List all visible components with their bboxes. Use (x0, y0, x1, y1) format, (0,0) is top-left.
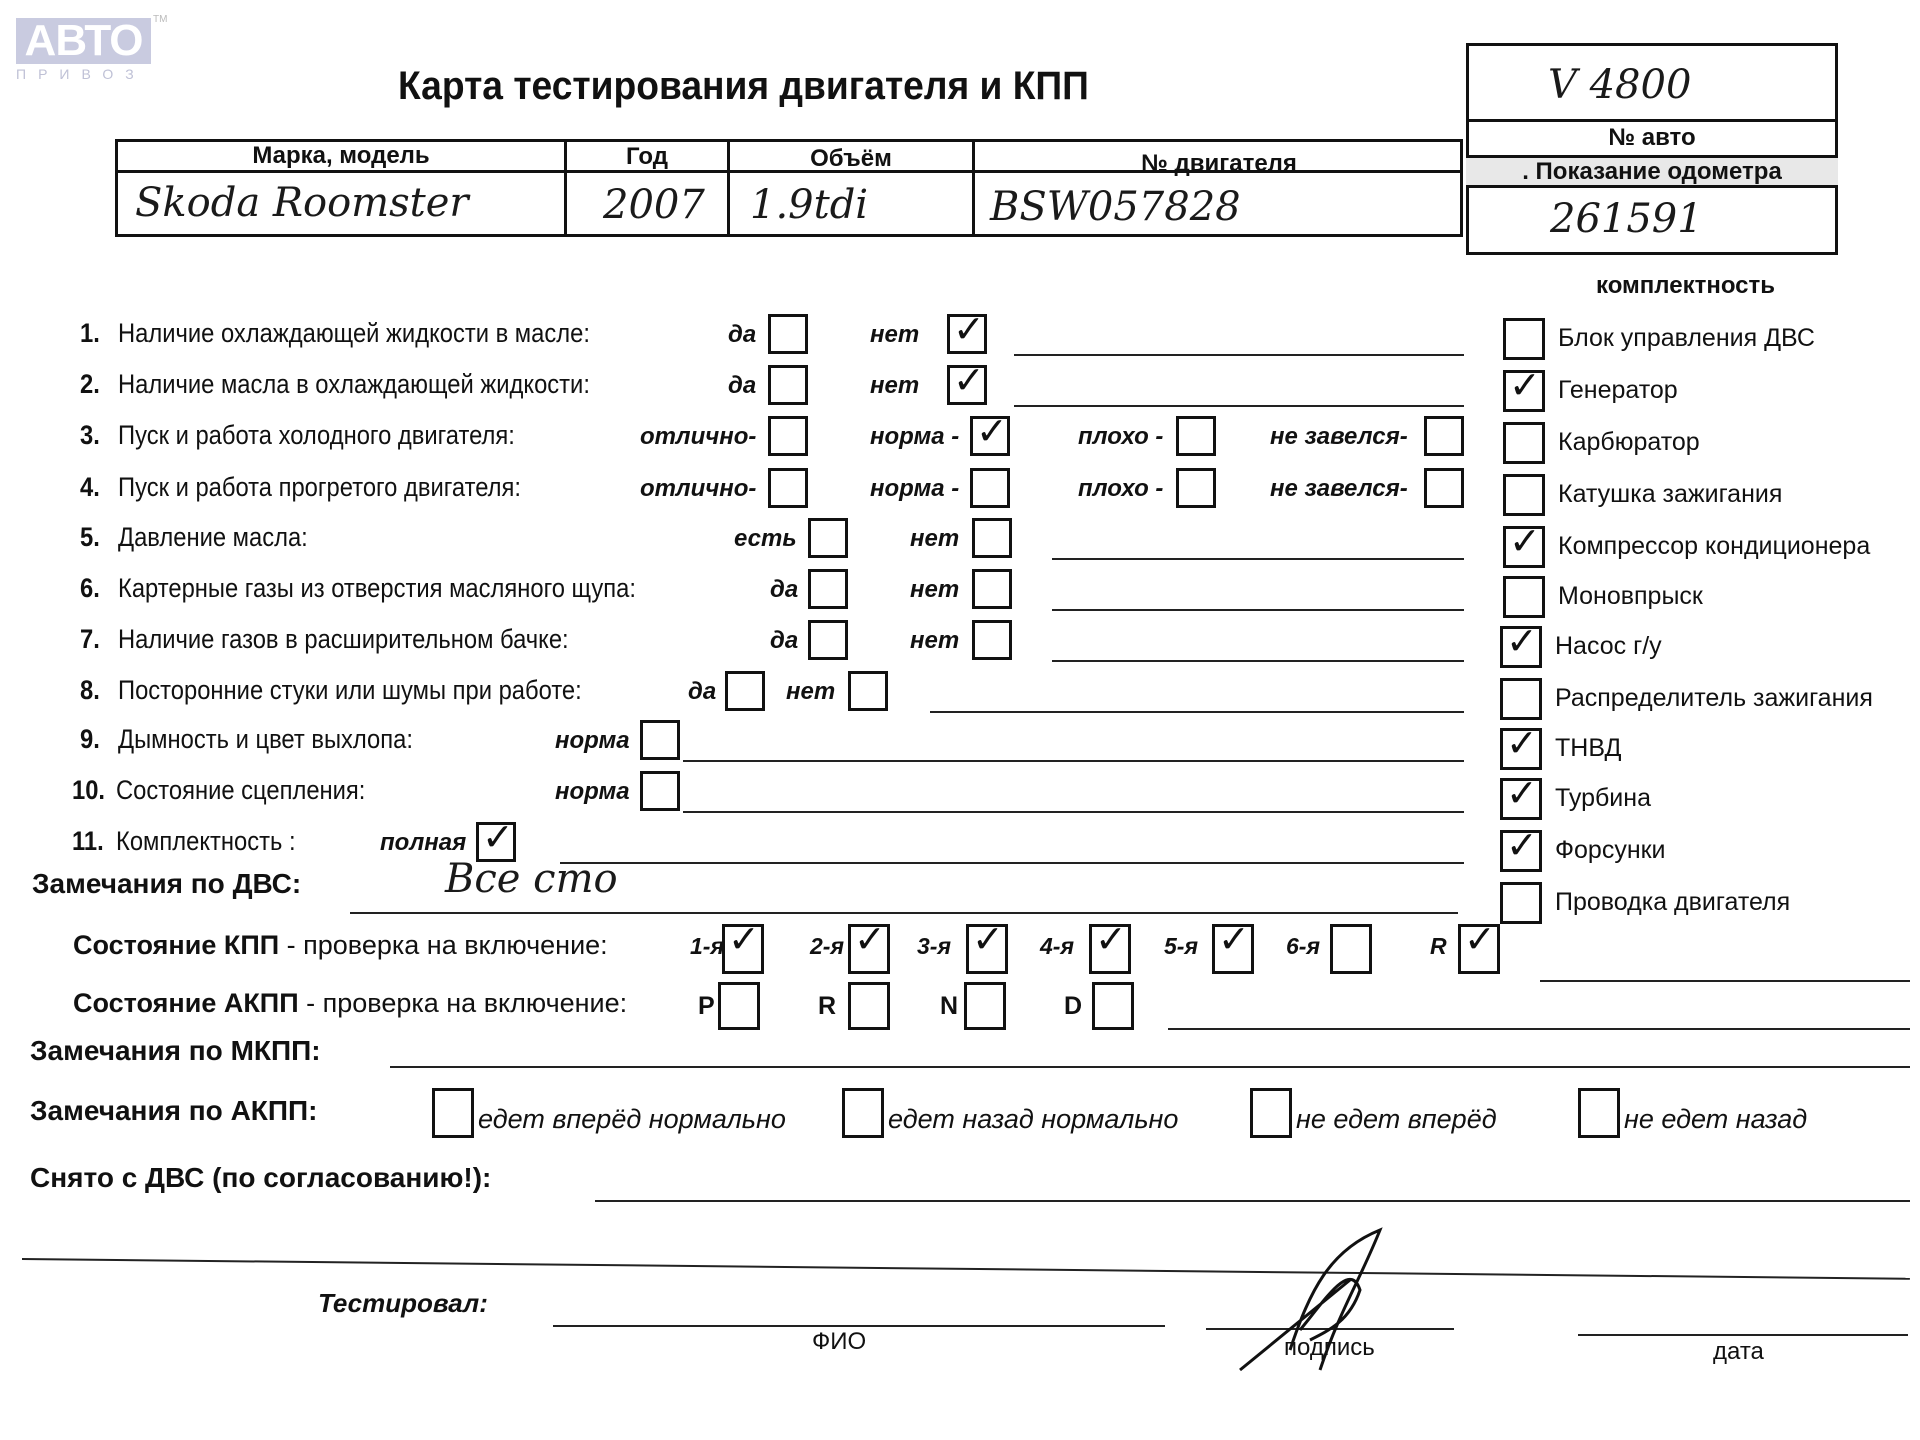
option-label: да (770, 576, 798, 604)
checkbox[interactable] (1500, 678, 1542, 720)
manual-gearbox-label: Состояние КПП - проверка на включение: (73, 930, 608, 961)
logo-trademark: TM (153, 14, 167, 25)
checkbox[interactable] (1503, 370, 1545, 412)
position-label: N (940, 992, 958, 1021)
date-line[interactable] (1578, 1334, 1908, 1336)
engine-number-value[interactable]: BSW057828 (990, 184, 1241, 230)
completeness-label: ТНВД (1555, 734, 1621, 763)
box-divider (1466, 119, 1838, 122)
auto-remarks-label: Замечания по АКПП: (30, 1095, 317, 1127)
checklist-number: 11. (72, 826, 104, 857)
position-label: D (1064, 992, 1082, 1021)
option-label: плохо - (1078, 423, 1163, 451)
option-label: не едет назад (1624, 1104, 1807, 1135)
manual-gearbox-line (1540, 980, 1910, 982)
checkbox[interactable] (768, 365, 808, 405)
tested-by-label: Тестировал: (318, 1288, 488, 1319)
answer-line[interactable] (560, 862, 1464, 864)
odometer-value[interactable]: 261591 (1550, 196, 1703, 242)
header-year: Год (567, 143, 727, 171)
checkbox[interactable] (1500, 728, 1542, 770)
option-label: нет (870, 372, 919, 400)
position-checkbox[interactable] (964, 982, 1006, 1030)
checkbox[interactable] (1503, 576, 1545, 618)
manual-remarks-line[interactable] (390, 1066, 1910, 1068)
option-label: есть (734, 525, 797, 553)
gear-label: 6-я (1286, 933, 1320, 960)
header-make-model: Марка, модель (118, 142, 564, 170)
option-label: норма - (870, 475, 959, 503)
engine-test-card: АВТО TM ПРИВОЗ Карта тестирования двигат… (0, 0, 1920, 1440)
checkbox[interactable] (1503, 422, 1545, 464)
manual-remarks-label: Замечания по МКПП: (30, 1035, 321, 1067)
gear-checkbox[interactable] (1458, 924, 1500, 974)
odometer-label: . Показание одометра (1469, 158, 1835, 186)
date-caption: дата (1713, 1338, 1764, 1366)
gear-checkbox[interactable] (1330, 924, 1372, 974)
option-checkbox[interactable] (842, 1088, 884, 1138)
answer-line[interactable] (1052, 609, 1464, 611)
name-caption: ФИО (812, 1328, 866, 1356)
answer-line[interactable] (1052, 660, 1464, 662)
checkbox[interactable] (640, 720, 680, 760)
option-label: да (688, 678, 716, 706)
checkbox[interactable] (768, 468, 808, 508)
page-title: Карта тестирования двигателя и КПП (398, 64, 1089, 109)
removed-line[interactable] (595, 1200, 1910, 1202)
option-label: нет (910, 576, 959, 604)
checkbox[interactable] (972, 518, 1012, 558)
option-label: едет назад нормально (888, 1104, 1178, 1135)
answer-line[interactable] (930, 711, 1464, 713)
auto-gearbox-label-rest: - проверка на включение: (299, 988, 628, 1018)
auto-gearbox-label: Состояние АКПП - проверка на включение: (73, 988, 627, 1019)
completeness-label: Блок управления ДВС (1558, 324, 1815, 353)
option-label: не едет вперёд (1296, 1104, 1497, 1135)
option-label: отлично- (640, 475, 756, 503)
checklist-number: 8. (80, 675, 100, 706)
completeness-label: Генератор (1558, 376, 1678, 405)
checklist-label: Пуск и работа холодного двигателя: (118, 420, 515, 451)
checkbox[interactable] (1500, 626, 1542, 668)
checklist-number: 3. (80, 420, 100, 451)
checkbox[interactable] (808, 620, 848, 660)
checkbox[interactable] (972, 620, 1012, 660)
checkbox[interactable] (1500, 830, 1542, 872)
option-label: едет вперёд нормально (478, 1104, 786, 1135)
checkbox[interactable] (947, 314, 987, 354)
checklist-number: 1. (80, 318, 100, 349)
checklist-label: Состояние сцепления: (116, 775, 365, 806)
gear-label: 2-я (810, 933, 844, 960)
option-label: плохо - (1078, 475, 1163, 503)
checkbox[interactable] (640, 771, 680, 811)
car-number-value[interactable]: V 4800 (1548, 62, 1691, 108)
auto-gearbox-line (1168, 1028, 1910, 1030)
year-value[interactable]: 2007 (603, 182, 705, 228)
checklist-label: Пуск и работа прогретого двигателя: (118, 472, 521, 503)
header-engine-number: № двигателя (975, 150, 1463, 178)
gear-checkbox[interactable] (722, 924, 764, 974)
position-label: P (698, 992, 715, 1021)
position-label: R (818, 992, 836, 1021)
completeness-label: Карбюратор (1558, 428, 1700, 457)
header-volume: Объём (730, 145, 972, 173)
checklist-number: 5. (80, 522, 100, 553)
logo: АВТО (16, 18, 151, 64)
checklist-label: Давление масла: (118, 522, 308, 553)
checklist-number: 9. (80, 724, 100, 755)
checklist-label: Комплектность : (116, 826, 296, 857)
option-label: норма - (870, 423, 959, 451)
position-checkbox[interactable] (1092, 982, 1134, 1030)
completeness-label: Распределитель зажигания (1555, 684, 1873, 713)
completeness-label: Проводка двигателя (1555, 888, 1790, 917)
completeness-label: Форсунки (1555, 836, 1666, 865)
checkbox[interactable] (848, 671, 888, 711)
answer-line[interactable] (1014, 405, 1464, 407)
checklist-number: 4. (80, 472, 100, 503)
checkbox[interactable] (808, 569, 848, 609)
removed-label: Снято с ДВС (по согласованию!): (30, 1162, 491, 1194)
completeness-label: Турбина (1555, 784, 1651, 813)
option-label: нет (870, 321, 919, 349)
gear-checkbox[interactable] (1089, 924, 1131, 974)
answer-line[interactable] (683, 811, 1464, 813)
answer-line[interactable] (683, 760, 1464, 762)
manual-gearbox-label-rest: - проверка на включение: (279, 930, 608, 960)
checkbox[interactable] (808, 518, 848, 558)
checkbox[interactable] (1176, 416, 1216, 456)
checkbox[interactable] (1424, 468, 1464, 508)
signature-icon (1230, 1220, 1410, 1380)
checklist-number: 7. (80, 624, 100, 655)
completeness-label: Насос г/у (1555, 632, 1662, 661)
option-label: не завелся- (1270, 475, 1408, 503)
checkbox[interactable] (1503, 526, 1545, 568)
option-checkbox[interactable] (432, 1088, 474, 1138)
manual-gearbox-label-bold: Состояние КПП (73, 930, 279, 960)
checkbox[interactable] (1500, 778, 1542, 820)
checkbox[interactable] (1176, 468, 1216, 508)
option-label: полная (380, 829, 466, 857)
checkbox[interactable] (947, 365, 987, 405)
checklist-number: 2. (80, 369, 100, 400)
checklist-label: Дымность и цвет выхлопа: (118, 724, 413, 755)
checkbox[interactable] (1503, 318, 1545, 360)
option-label: нет (786, 678, 835, 706)
checklist-label: Картерные газы из отверстия масляного щу… (118, 573, 636, 604)
engine-remarks-value[interactable]: Все сто (445, 856, 618, 902)
gear-label: 3-я (917, 933, 951, 960)
car-number-label: № авто (1469, 124, 1835, 152)
completeness-label: Компрессор кондиционера (1558, 532, 1870, 561)
name-line[interactable] (553, 1325, 1165, 1327)
option-label: отлично- (640, 423, 756, 451)
checkbox[interactable] (970, 468, 1010, 508)
completeness-label: Катушка зажигания (1558, 480, 1782, 509)
gear-checkbox[interactable] (1212, 924, 1254, 974)
answer-line[interactable] (1052, 558, 1464, 560)
option-label: не завелся- (1270, 423, 1408, 451)
checkbox[interactable] (972, 569, 1012, 609)
checklist-label: Посторонние стуки или шумы при работе: (118, 675, 582, 706)
make-model-value[interactable]: Skoda Roomster (135, 180, 469, 226)
checkbox[interactable] (970, 416, 1010, 456)
auto-gearbox-label-bold: Состояние АКПП (73, 988, 299, 1018)
completeness-label: Моновпрыск (1558, 582, 1703, 611)
gear-checkbox[interactable] (966, 924, 1008, 974)
checklist-label: Наличие масла в охлаждающей жидкости: (118, 369, 590, 400)
option-checkbox[interactable] (1578, 1088, 1620, 1138)
checkbox[interactable] (1500, 882, 1542, 924)
checkbox[interactable] (768, 314, 808, 354)
checkbox[interactable] (1424, 416, 1464, 456)
position-checkbox[interactable] (718, 982, 760, 1030)
option-label: норма (555, 727, 630, 755)
checkbox[interactable] (1503, 474, 1545, 516)
checklist-label: Наличие газов в расширительном бачке: (118, 624, 569, 655)
gear-checkbox[interactable] (848, 924, 890, 974)
answer-line[interactable] (1014, 354, 1464, 356)
option-label: нет (910, 525, 959, 553)
checklist-label: Наличие охлаждающей жидкости в масле: (118, 318, 590, 349)
option-label: да (770, 627, 798, 655)
completeness-heading: комплектность (1596, 272, 1775, 300)
option-label: да (728, 372, 756, 400)
option-label: норма (555, 778, 630, 806)
volume-value[interactable]: 1.9tdi (750, 182, 868, 228)
gear-label: 1-я (690, 933, 724, 960)
engine-remarks-label: Замечания по ДВС: (32, 868, 301, 900)
checkbox[interactable] (768, 416, 808, 456)
checkbox[interactable] (725, 671, 765, 711)
gear-label: 4-я (1040, 933, 1074, 960)
option-checkbox[interactable] (1250, 1088, 1292, 1138)
logo-subtitle: ПРИВОЗ (16, 66, 156, 82)
option-label: да (728, 321, 756, 349)
gear-label: R (1430, 933, 1447, 960)
engine-remarks-line (350, 912, 1458, 914)
option-label: нет (910, 627, 959, 655)
checklist-number: 6. (80, 573, 100, 604)
checklist-number: 10. (72, 775, 105, 806)
gear-label: 5-я (1164, 933, 1198, 960)
position-checkbox[interactable] (848, 982, 890, 1030)
removed-line-2[interactable] (22, 1258, 1910, 1280)
